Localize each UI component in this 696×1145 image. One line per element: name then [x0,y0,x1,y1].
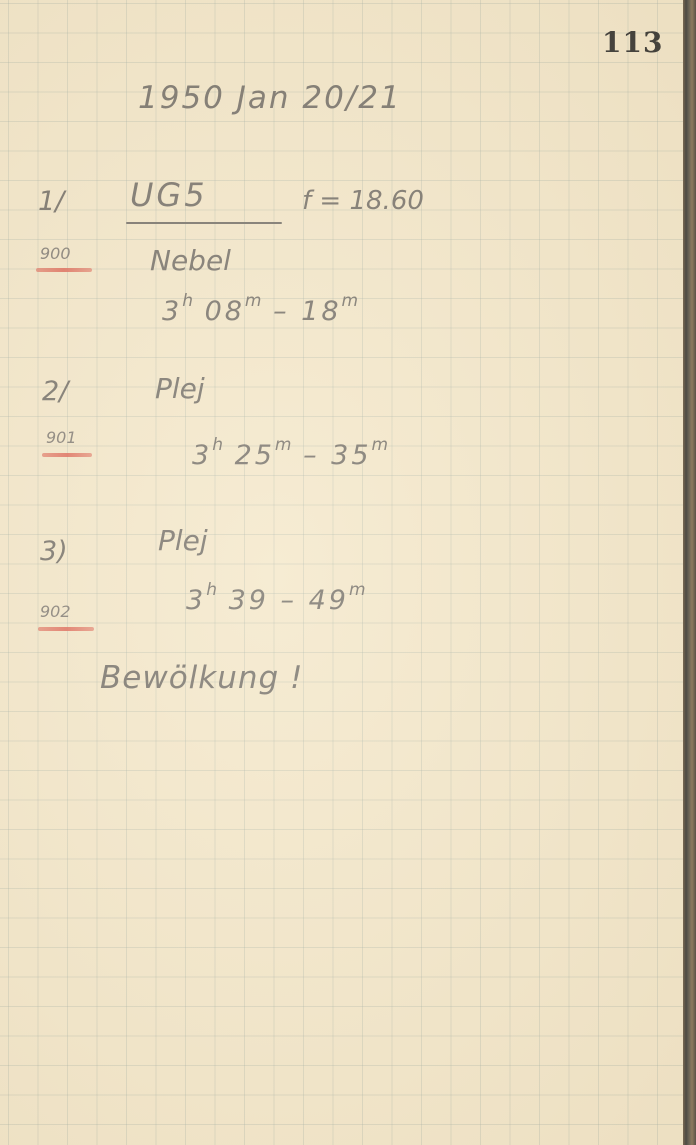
hour-unit: h [212,435,223,455]
entry-index: 3) [40,536,68,567]
red-underline [36,268,92,272]
start-unit: m [245,291,262,311]
end-unit: m [349,580,366,600]
date-heading: 1950 Jan 20/21 [138,80,402,116]
end-minute: 49 [309,585,349,616]
hour-unit: h [206,580,217,600]
hour-unit: h [182,291,193,311]
end-minute: 35 [331,440,371,471]
end-unit: m [372,435,389,455]
separator: – [303,440,320,471]
observation-number: 902 [40,602,71,621]
start-minute: 25 [235,440,275,471]
time-range: 3h 08m – 18m [162,296,358,327]
remark: Bewölkung ! [100,660,303,696]
page-number: 113 [602,26,663,59]
red-underline [38,627,94,631]
red-underline [42,453,92,457]
end-unit: m [342,291,359,311]
observation-number: 901 [46,428,77,447]
separator: – [273,296,290,327]
entry-index: 2/ [42,376,68,407]
time-range: 3h 39 – 49m [186,585,366,616]
entry-label: Plej [155,372,205,405]
start-unit: m [275,435,292,455]
notebook-spine [683,0,696,1145]
separator: – [281,585,298,616]
entry-label: Plej [158,524,208,557]
start-minute: 39 [229,585,269,616]
observation-number: 900 [40,244,71,263]
object-name: UG5 [130,176,208,214]
end-minute: 18 [301,296,341,327]
object-underline [126,222,282,224]
entry-label: Nebel [150,244,231,277]
entry-index: 1/ [38,186,64,217]
start-minute: 08 [205,296,245,327]
magnitude-note: f = 18.60 [302,186,424,216]
notebook-page: 113 1950 Jan 20/21 1/ 900 UG5 f = 18.60 … [0,0,683,1145]
hour: 3 [162,296,182,327]
time-range: 3h 25m – 35m [192,440,388,471]
hour: 3 [192,440,212,471]
hour: 3 [186,585,206,616]
